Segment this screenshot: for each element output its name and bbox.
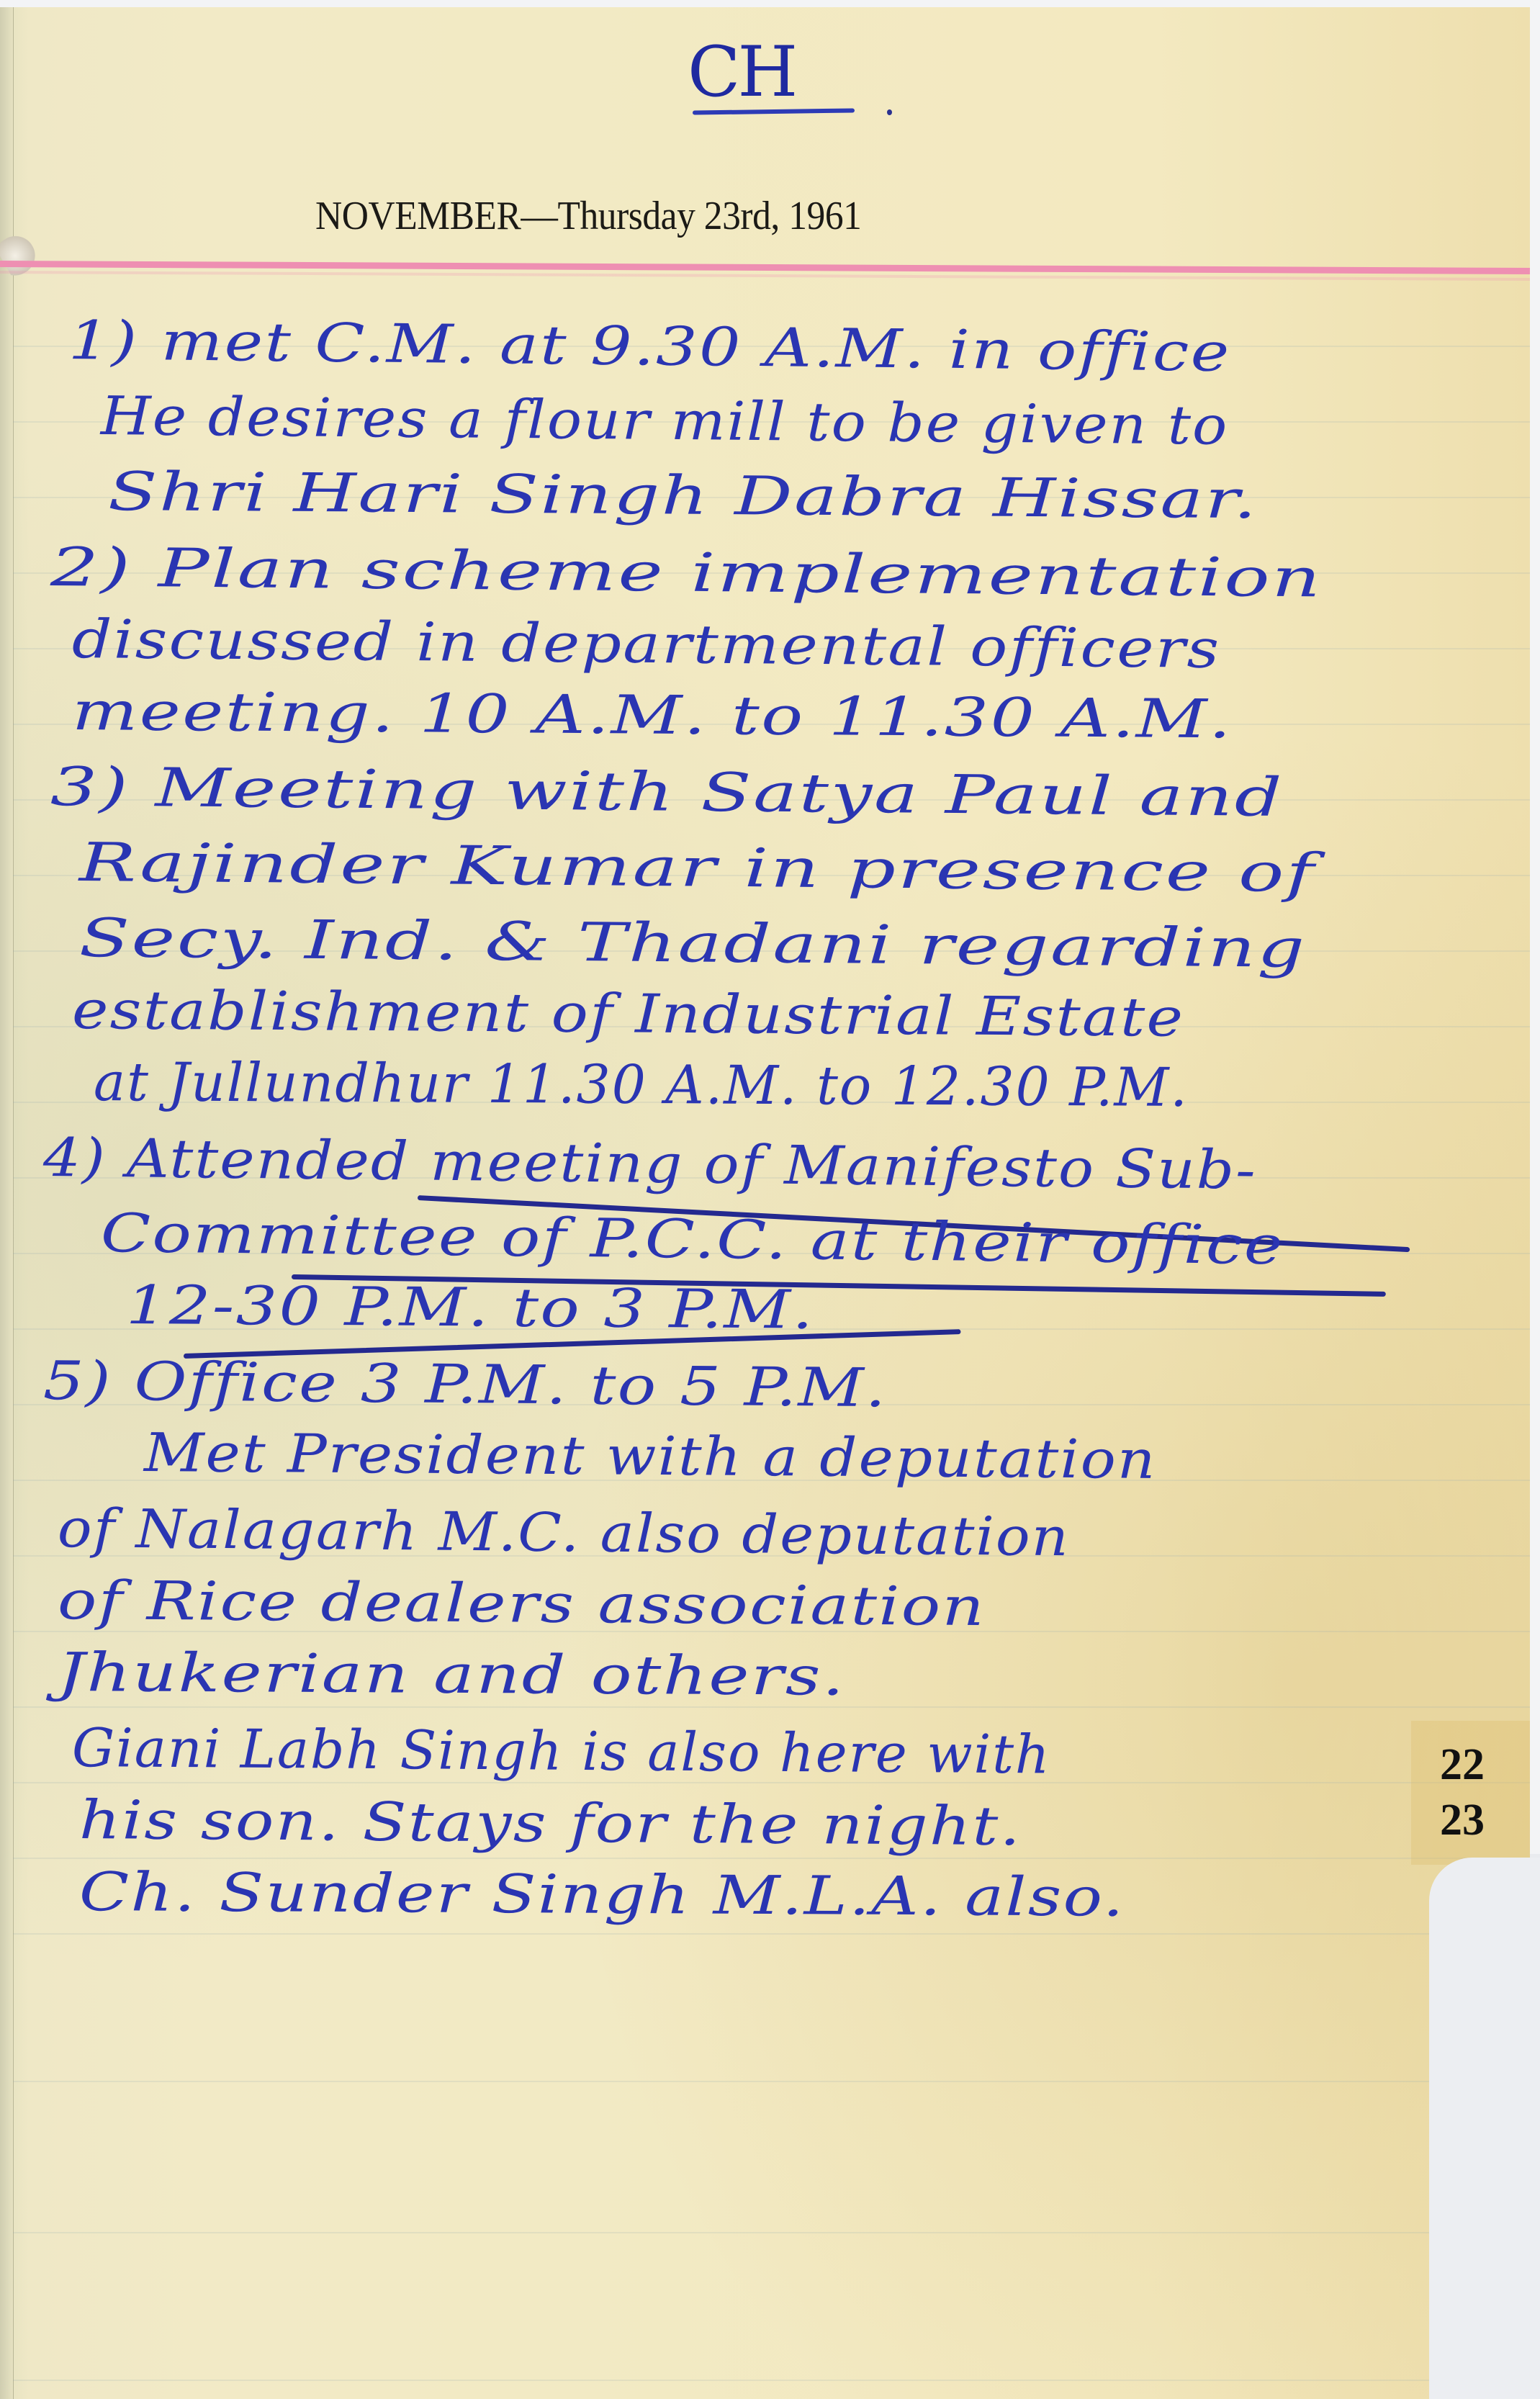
entry-4-line-1: 4) Attended meeting of Manifesto Sub- — [43, 1127, 1258, 1202]
tab-cutout — [1429, 1858, 1540, 2399]
heading-initials: CH — [688, 37, 795, 107]
ruled-line — [13, 1858, 1530, 1859]
entry-5-line-7: his son. Stays for the night. — [79, 1789, 1022, 1858]
ruled-line — [13, 1933, 1530, 1935]
heading-dot — [887, 109, 892, 115]
ruled-line — [13, 2380, 1530, 2381]
entry-2-line-1: 2) Plan scheme implementation — [50, 536, 1323, 609]
page-binding-edge — [0, 7, 14, 2399]
entry-5-line-1: 5) Office 3 P.M. to 5 P.M. — [43, 1350, 888, 1419]
entry-4-line-2: Committee of P.C.C. at their office — [101, 1202, 1285, 1277]
entry-2-line-3: meeting. 10 A.M. to 11.30 A.M. — [72, 680, 1233, 750]
entry-5-line-8: Ch. Sunder Singh M.L.A. also. — [79, 1861, 1125, 1929]
ruled-line — [13, 2232, 1530, 2233]
entry-5-line-6: Giani Labh Singh is also here with — [72, 1717, 1051, 1786]
entry-1-line-2: He desires a flour mill to be given to — [101, 385, 1229, 457]
entry-5-line-2: Met President with a deputation — [144, 1422, 1157, 1491]
entry-1-line-1: 1) met C.M. at 9.30 A.M. in office — [68, 310, 1232, 384]
date-header: NOVEMBER—Thursday 23rd, 1961 — [315, 193, 861, 239]
entry-4-line-3: 12-30 P.M. to 3 P.M. — [126, 1274, 815, 1341]
entry-3-line-2: Rajinder Kumar in presence of — [79, 832, 1317, 904]
scan-right-margin — [1530, 0, 1540, 1854]
entry-3-line-4: establishment of Industrial Estate — [72, 979, 1185, 1049]
entry-5-line-5: Jhukerian and others. — [58, 1642, 846, 1708]
entry-2-line-2: discussed in departmental officers — [72, 608, 1221, 680]
tab-date-23[interactable]: 23 — [1440, 1798, 1485, 1842]
entry-3-line-1: 3) Meeting with Satya Paul and — [50, 756, 1284, 829]
entry-1-line-3: Shri Hari Singh Dabra Hissar. — [108, 461, 1258, 531]
entry-3-line-5: at Jullundhur 11.30 A.M. to 12.30 P.M. — [94, 1051, 1189, 1119]
entry-5-line-4: of Rice dealers association — [58, 1570, 986, 1638]
entry-5-line-3: of Nalagarh M.C. also deputation — [58, 1498, 1071, 1568]
ruled-line — [13, 2081, 1530, 2082]
tab-date-22[interactable]: 22 — [1440, 1742, 1485, 1787]
entry-3-line-3: Secy. Ind. & Thadani regarding — [79, 907, 1307, 980]
